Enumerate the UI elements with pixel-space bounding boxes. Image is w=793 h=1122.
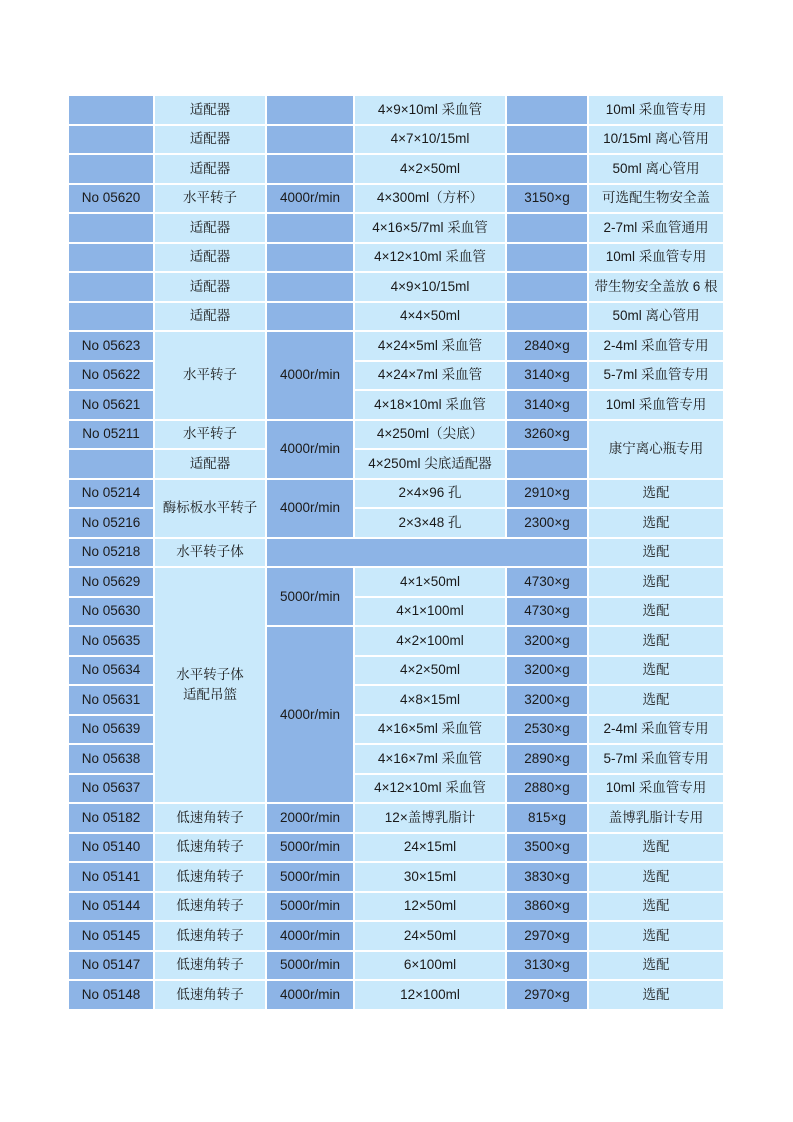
cell-model (69, 244, 153, 272)
cell-model: No 05148 (69, 981, 153, 1009)
cell-capacity: 4×16×7ml 采血管 (355, 745, 505, 773)
cell-capacity: 4×2×50ml (355, 657, 505, 685)
cell-capacity: 4×2×100ml (355, 627, 505, 655)
cell-model: No 05631 (69, 686, 153, 714)
cell-rcf: 3140×g (507, 362, 587, 390)
cell-model: No 05141 (69, 863, 153, 891)
cell-rotor-type: 适配器 (155, 303, 265, 331)
cell-rcf (507, 244, 587, 272)
cell-speed: 4000r/min (267, 981, 353, 1009)
table-row: No 05147低速角转子5000r/min6×100ml3130×g选配 (69, 952, 723, 980)
cell-note: 10ml 采血管专用 (589, 96, 723, 124)
cell-model: No 05140 (69, 834, 153, 862)
cell-capacity: 4×250ml（尖底） (355, 421, 505, 449)
cell-speed: 4000r/min (267, 480, 353, 537)
cell-rotor-type: 水平转子 (155, 332, 265, 419)
cell-note: 选配 (589, 922, 723, 950)
cell-rcf: 2300×g (507, 509, 587, 537)
cell-model: No 05623 (69, 332, 153, 360)
cell-rcf: 2840×g (507, 332, 587, 360)
cell-capacity: 4×4×50ml (355, 303, 505, 331)
cell-note: 10ml 采血管专用 (589, 775, 723, 803)
cell-speed: 5000r/min (267, 952, 353, 980)
cell-speed (267, 126, 353, 154)
cell-note: 选配 (589, 893, 723, 921)
rotor-spec-table: 适配器4×9×10ml 采血管10ml 采血管专用适配器4×7×10/15ml1… (67, 94, 725, 1011)
cell-speed: 4000r/min (267, 185, 353, 213)
cell-rotor-type: 适配器 (155, 155, 265, 183)
cell-model: No 05620 (69, 185, 153, 213)
cell-rcf (507, 214, 587, 242)
cell-rcf: 2530×g (507, 716, 587, 744)
cell-note: 选配 (589, 981, 723, 1009)
cell-rcf (507, 303, 587, 331)
cell-note: 盖博乳脂计专用 (589, 804, 723, 832)
cell-capacity: 4×16×5/7ml 采血管 (355, 214, 505, 242)
cell-rcf: 4730×g (507, 568, 587, 596)
cell-rcf: 3500×g (507, 834, 587, 862)
cell-model (69, 214, 153, 242)
rotor-spec-table-body: 适配器4×9×10ml 采血管10ml 采血管专用适配器4×7×10/15ml1… (69, 96, 723, 1009)
cell-rcf (507, 155, 587, 183)
cell-note: 10/15ml 离心管用 (589, 126, 723, 154)
cell-model: No 05629 (69, 568, 153, 596)
cell-speed (267, 244, 353, 272)
table-row: No 05145低速角转子4000r/min24×50ml2970×g选配 (69, 922, 723, 950)
cell-capacity: 6×100ml (355, 952, 505, 980)
cell-rotor-type: 适配器 (155, 273, 265, 301)
cell-model: No 05634 (69, 657, 153, 685)
cell-note: 5-7ml 采血管专用 (589, 362, 723, 390)
cell-capacity: 4×300ml（方杯） (355, 185, 505, 213)
cell-capacity: 4×18×10ml 采血管 (355, 391, 505, 419)
cell-rcf: 2890×g (507, 745, 587, 773)
cell-model: No 05637 (69, 775, 153, 803)
cell-capacity: 4×16×5ml 采血管 (355, 716, 505, 744)
table-row: 适配器4×12×10ml 采血管10ml 采血管专用 (69, 244, 723, 272)
cell-capacity: 24×15ml (355, 834, 505, 862)
cell-rcf (507, 96, 587, 124)
cell-rotor-type: 低速角转子 (155, 922, 265, 950)
cell-model: No 05635 (69, 627, 153, 655)
cell-note: 选配 (589, 657, 723, 685)
cell-note: 2-4ml 采血管专用 (589, 332, 723, 360)
cell-rcf: 2970×g (507, 922, 587, 950)
cell-note: 选配 (589, 598, 723, 626)
cell-capacity: 4×250ml 尖底适配器 (355, 450, 505, 478)
document-page: 适配器4×9×10ml 采血管10ml 采血管专用适配器4×7×10/15ml1… (0, 0, 793, 1122)
cell-rcf (507, 126, 587, 154)
cell-model (69, 126, 153, 154)
cell-rcf: 3260×g (507, 421, 587, 449)
cell-rcf (507, 450, 587, 478)
cell-rcf: 3140×g (507, 391, 587, 419)
cell-speed: 5000r/min (267, 834, 353, 862)
cell-speed: 4000r/min (267, 922, 353, 950)
cell-rotor-type: 水平转子 (155, 421, 265, 449)
cell-speed (267, 273, 353, 301)
cell-speed: 4000r/min (267, 627, 353, 802)
cell-capacity: 12×100ml (355, 981, 505, 1009)
cell-note: 选配 (589, 568, 723, 596)
cell-rotor-type: 水平转子体适配吊篮 (155, 568, 265, 802)
cell-rotor-type: 适配器 (155, 126, 265, 154)
cell-rotor-type: 适配器 (155, 450, 265, 478)
cell-capacity: 4×2×50ml (355, 155, 505, 183)
cell-capacity: 4×8×15ml (355, 686, 505, 714)
cell-rcf: 3130×g (507, 952, 587, 980)
cell-model: No 05218 (69, 539, 153, 567)
table-row: 适配器4×2×50ml50ml 离心管用 (69, 155, 723, 183)
cell-capacity: 30×15ml (355, 863, 505, 891)
cell-note: 选配 (589, 480, 723, 508)
cell-model: No 05630 (69, 598, 153, 626)
cell-model: No 05144 (69, 893, 153, 921)
cell-rotor-type: 低速角转子 (155, 863, 265, 891)
cell-note: 可选配生物安全盖 (589, 185, 723, 213)
cell-note: 10ml 采血管专用 (589, 391, 723, 419)
table-row: No 05218水平转子体选配 (69, 539, 723, 567)
cell-capacity: 12×50ml (355, 893, 505, 921)
cell-rcf: 4730×g (507, 598, 587, 626)
cell-note: 选配 (589, 834, 723, 862)
cell-rcf: 3200×g (507, 686, 587, 714)
cell-model: No 05639 (69, 716, 153, 744)
cell-capacity: 12×盖博乳脂计 (355, 804, 505, 832)
cell-rcf: 2970×g (507, 981, 587, 1009)
cell-rcf: 3860×g (507, 893, 587, 921)
cell-speed (267, 96, 353, 124)
cell-note: 2-4ml 采血管专用 (589, 716, 723, 744)
table-row: No 05211水平转子4000r/min4×250ml（尖底）3260×g康宁… (69, 421, 723, 449)
table-row: No 05144低速角转子5000r/min12×50ml3860×g选配 (69, 893, 723, 921)
cell-note: 带生物安全盖放 6 根 (589, 273, 723, 301)
cell-capacity: 2×4×96 孔 (355, 480, 505, 508)
cell-model: No 05147 (69, 952, 153, 980)
cell-rotor-type: 低速角转子 (155, 834, 265, 862)
cell-speed: 5000r/min (267, 893, 353, 921)
cell-speed: 5000r/min (267, 863, 353, 891)
cell-speed: 5000r/min (267, 568, 353, 625)
cell-rotor-type: 适配器 (155, 214, 265, 242)
cell-model (69, 155, 153, 183)
table-row: 适配器4×16×5/7ml 采血管2-7ml 采血管通用 (69, 214, 723, 242)
cell-model (69, 273, 153, 301)
cell-rcf: 3200×g (507, 627, 587, 655)
cell-rotor-type: 酶标板水平转子 (155, 480, 265, 537)
cell-speed (267, 539, 587, 567)
cell-capacity: 4×24×7ml 采血管 (355, 362, 505, 390)
table-row: 适配器4×4×50ml50ml 离心管用 (69, 303, 723, 331)
cell-note: 选配 (589, 627, 723, 655)
cell-speed: 4000r/min (267, 421, 353, 478)
cell-note: 康宁离心瓶专用 (589, 421, 723, 478)
table-row: 适配器4×7×10/15ml10/15ml 离心管用 (69, 126, 723, 154)
cell-rcf: 3830×g (507, 863, 587, 891)
cell-rotor-type: 水平转子 (155, 185, 265, 213)
table-row: No 05141低速角转子5000r/min30×15ml3830×g选配 (69, 863, 723, 891)
cell-rcf (507, 273, 587, 301)
cell-note: 50ml 离心管用 (589, 155, 723, 183)
table-row: No 05623水平转子4000r/min4×24×5ml 采血管2840×g2… (69, 332, 723, 360)
cell-model: No 05182 (69, 804, 153, 832)
cell-capacity: 4×9×10ml 采血管 (355, 96, 505, 124)
table-row: No 05214酶标板水平转子4000r/min2×4×96 孔2910×g选配 (69, 480, 723, 508)
table-row: No 05182低速角转子2000r/min12×盖博乳脂计815×g盖博乳脂计… (69, 804, 723, 832)
cell-note: 50ml 离心管用 (589, 303, 723, 331)
cell-note: 选配 (589, 863, 723, 891)
cell-rotor-type: 低速角转子 (155, 981, 265, 1009)
cell-rotor-type: 低速角转子 (155, 893, 265, 921)
table-row: No 05140低速角转子5000r/min24×15ml3500×g选配 (69, 834, 723, 862)
cell-model: No 05216 (69, 509, 153, 537)
cell-rcf: 3200×g (507, 657, 587, 685)
cell-model (69, 303, 153, 331)
cell-capacity: 2×3×48 孔 (355, 509, 505, 537)
cell-rotor-type: 适配器 (155, 96, 265, 124)
cell-speed: 2000r/min (267, 804, 353, 832)
cell-rcf: 3150×g (507, 185, 587, 213)
table-row: 适配器4×9×10/15ml带生物安全盖放 6 根 (69, 273, 723, 301)
cell-speed (267, 214, 353, 242)
cell-model: No 05638 (69, 745, 153, 773)
cell-rcf: 2880×g (507, 775, 587, 803)
cell-rotor-type: 低速角转子 (155, 804, 265, 832)
cell-speed (267, 155, 353, 183)
cell-rotor-type: 低速角转子 (155, 952, 265, 980)
cell-model: No 05621 (69, 391, 153, 419)
cell-rotor-type: 适配器 (155, 244, 265, 272)
cell-capacity: 4×24×5ml 采血管 (355, 332, 505, 360)
cell-model: No 05211 (69, 421, 153, 449)
cell-model (69, 450, 153, 478)
cell-rotor-type: 水平转子体 (155, 539, 265, 567)
cell-capacity: 4×12×10ml 采血管 (355, 775, 505, 803)
cell-capacity: 4×12×10ml 采血管 (355, 244, 505, 272)
cell-model: No 05622 (69, 362, 153, 390)
cell-note: 选配 (589, 539, 723, 567)
cell-capacity: 4×7×10/15ml (355, 126, 505, 154)
table-row: No 05629水平转子体适配吊篮5000r/min4×1×50ml4730×g… (69, 568, 723, 596)
cell-note: 10ml 采血管专用 (589, 244, 723, 272)
cell-capacity: 4×1×100ml (355, 598, 505, 626)
table-row: No 05620水平转子4000r/min4×300ml（方杯）3150×g可选… (69, 185, 723, 213)
cell-note: 选配 (589, 509, 723, 537)
cell-model: No 05214 (69, 480, 153, 508)
table-row: No 05148低速角转子4000r/min12×100ml2970×g选配 (69, 981, 723, 1009)
cell-note: 选配 (589, 686, 723, 714)
cell-rcf: 815×g (507, 804, 587, 832)
cell-capacity: 24×50ml (355, 922, 505, 950)
cell-note: 2-7ml 采血管通用 (589, 214, 723, 242)
cell-capacity: 4×1×50ml (355, 568, 505, 596)
cell-speed: 4000r/min (267, 332, 353, 419)
cell-capacity: 4×9×10/15ml (355, 273, 505, 301)
cell-note: 选配 (589, 952, 723, 980)
cell-rcf: 2910×g (507, 480, 587, 508)
cell-note: 5-7ml 采血管专用 (589, 745, 723, 773)
cell-speed (267, 303, 353, 331)
cell-model: No 05145 (69, 922, 153, 950)
table-row: 适配器4×9×10ml 采血管10ml 采血管专用 (69, 96, 723, 124)
cell-model (69, 96, 153, 124)
